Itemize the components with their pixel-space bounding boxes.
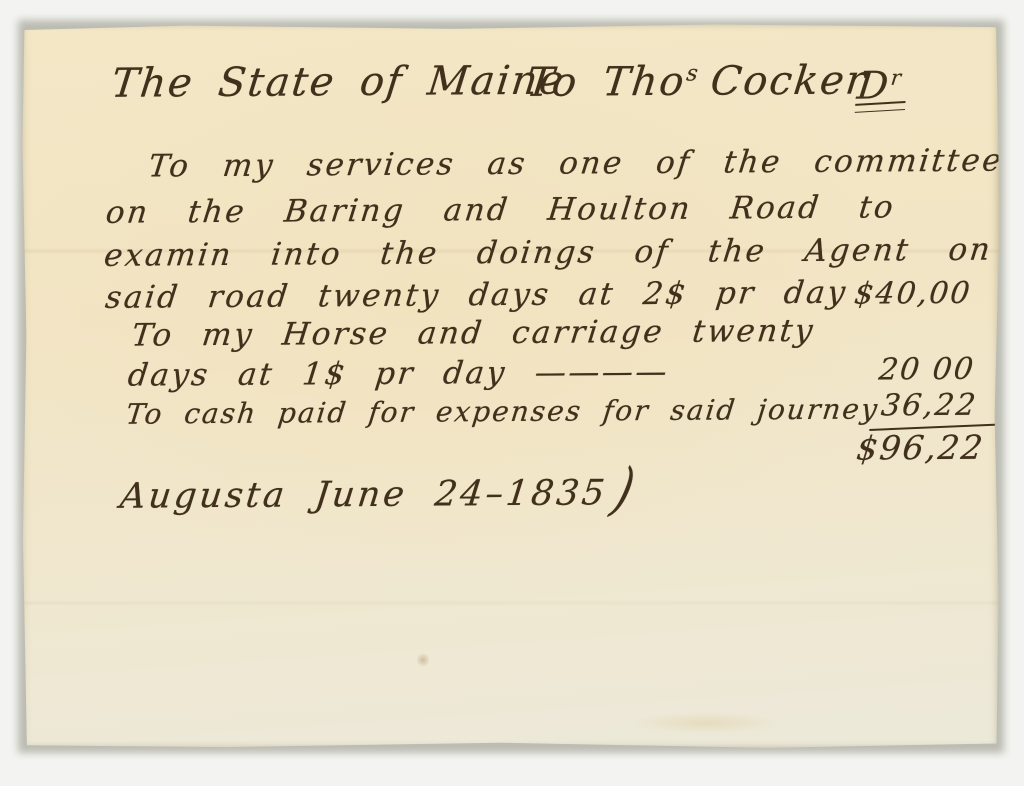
handwriting-layer: The State of Maine To ThosCocker Dr To m…	[18, 19, 1003, 754]
entry-line-horse-2: days at 1$ pr day ————	[126, 354, 671, 394]
header-payee-surname: Cocker	[708, 57, 869, 104]
entry-line-horse-1: To my Horse and carriage twenty	[130, 313, 817, 354]
superscript-s: s	[685, 61, 701, 86]
entry-line-services-1: To my services as one of the committee	[147, 143, 1006, 185]
dateline: Augusta June 24–1835)	[118, 465, 638, 518]
dateline-text: Augusta June 24–1835	[118, 473, 609, 516]
entry-line-services-4: said road twenty days at 2$ pr day	[104, 275, 850, 316]
superscript-r: r	[890, 66, 905, 90]
scan-background: The State of Maine To ThosCocker Dr To m…	[0, 0, 1024, 786]
entry-line-services-3: examin into the doings of the Agent on	[102, 232, 994, 274]
debtor-letter: D	[855, 63, 893, 107]
paper-sheet: The State of Maine To ThosCocker Dr To m…	[21, 22, 1001, 750]
entry-line-expenses: To cash paid for expenses for said journ…	[124, 392, 880, 430]
header-debtor-abbrev: Dr	[855, 63, 905, 107]
header-payer: The State of Maine	[109, 58, 568, 107]
amount-total: $96,22	[855, 428, 987, 468]
entry-line-services-2: on the Baring and Houlton Road to	[104, 189, 897, 231]
amount-horse-carriage: 20 00	[877, 352, 977, 388]
header-payee: To ThosCocker	[524, 57, 870, 105]
amount-services: $40,00	[852, 276, 973, 312]
flourish-swash: )	[606, 454, 644, 525]
header-payee-prefix: To Tho	[524, 59, 688, 106]
amount-expenses: 36,22	[879, 388, 979, 424]
